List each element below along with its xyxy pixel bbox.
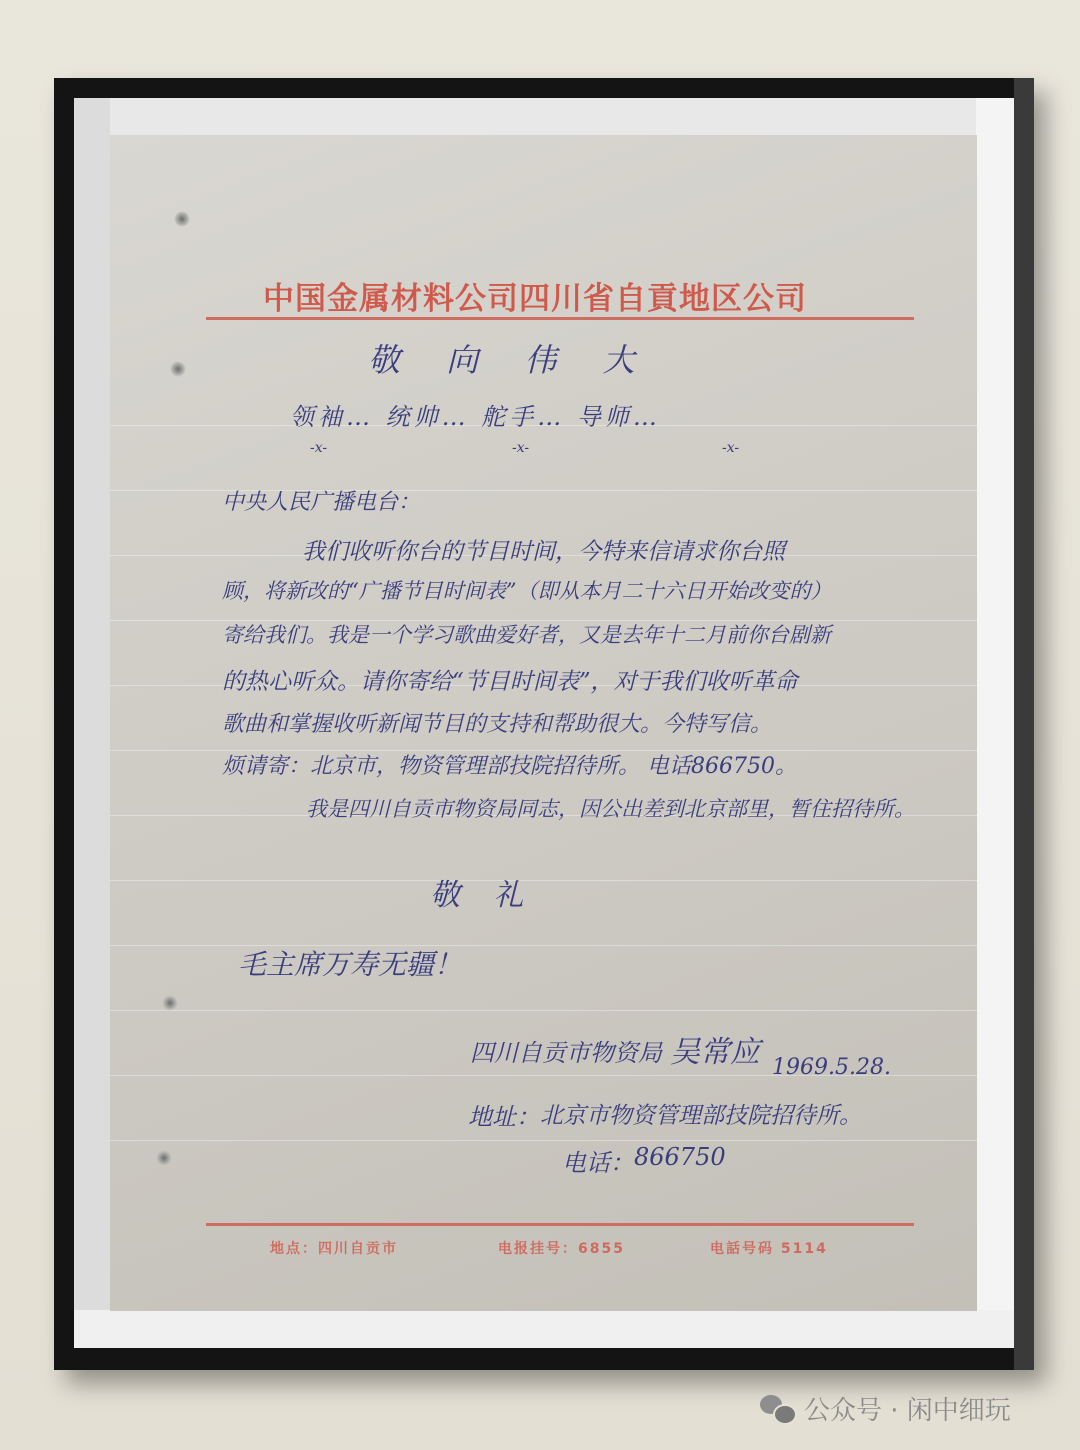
mat-bevel-left <box>74 98 110 1348</box>
punch-hole <box>162 995 178 1011</box>
phone-value: 866750 <box>634 1143 726 1171</box>
body-line: 烦请寄：北京市，物资管理部技院招待所。 电话866750。 <box>222 749 797 780</box>
signature-date: 1969.5.28. <box>772 1055 891 1080</box>
signature-org: 四川自贡市物资局 <box>470 1033 662 1068</box>
phone-label: 电话： <box>562 1143 634 1178</box>
wechat-icon <box>760 1395 796 1423</box>
address-label: 地址： <box>468 1097 540 1132</box>
body-line: 我是四川自贡市物资局同志，因公出差到北京部里，暂住招待所。 <box>306 793 915 823</box>
body-line: 寄给我们。我是一个学习歌曲爱好者，又是去年十二月前你台剧新 <box>222 619 831 649</box>
leader-mark: -x- <box>722 440 739 456</box>
leaders-line: 领袖… 统帅… 舵手… 导师… <box>290 397 661 432</box>
punch-hole <box>170 361 186 377</box>
watermark-text: 公众号 · 闲中细玩 <box>804 1390 1011 1427</box>
ruled-line <box>110 1010 977 1011</box>
mat-bevel-bottom <box>74 1310 1014 1348</box>
letterhead-rule <box>206 317 914 320</box>
body-line: 顾，将新改的“广播节目时间表”（即从本月二十六日开始改变的） <box>222 575 831 605</box>
body-line: 我们收听你台的节目时间，今特来信请求你台照 <box>302 533 785 566</box>
leader-mark: -x- <box>512 440 529 456</box>
mat-bevel-top <box>74 98 1014 136</box>
body-line: 歌曲和掌握收听新闻节目的支持和帮助很大。今特写信。 <box>222 707 772 738</box>
letter-title: 敬 向 伟 大 <box>368 335 653 381</box>
mat-bevel-right <box>976 98 1014 1348</box>
ruled-line <box>110 1140 977 1141</box>
letterhead-company: 中国金属材料公司四川省自貢地区公司 <box>235 273 835 318</box>
punch-hole <box>174 211 190 227</box>
letter-paper: 中国金属材料公司四川省自貢地区公司 敬 向 伟 大 领袖… 统帅… 舵手… 导师… <box>110 135 977 1311</box>
salutation: 中央人民广播电台： <box>222 485 420 516</box>
footer-rule <box>206 1223 914 1226</box>
footer-location: 地点：四川自贡市 <box>270 1238 398 1258</box>
address-value: 北京市物资管理部技院招待所。 <box>540 1097 862 1130</box>
footer-telegram: 电报挂号：6855 <box>498 1238 625 1258</box>
leader-mark: -x- <box>310 440 327 456</box>
signature-name: 吴常应 <box>670 1027 760 1071</box>
punch-hole <box>156 1150 172 1166</box>
slogan: 毛主席万寿无疆！ <box>238 943 462 983</box>
footer-telephone: 电話号码 5114 <box>710 1238 828 1258</box>
watermark: 公众号 · 闲中细玩 <box>760 1390 1011 1427</box>
closing: 敬 礼 <box>430 870 536 914</box>
body-line: 的热心听众。请你寄给“节目时间表”，对于我们收听革命 <box>222 663 798 696</box>
ruled-line <box>110 880 977 881</box>
